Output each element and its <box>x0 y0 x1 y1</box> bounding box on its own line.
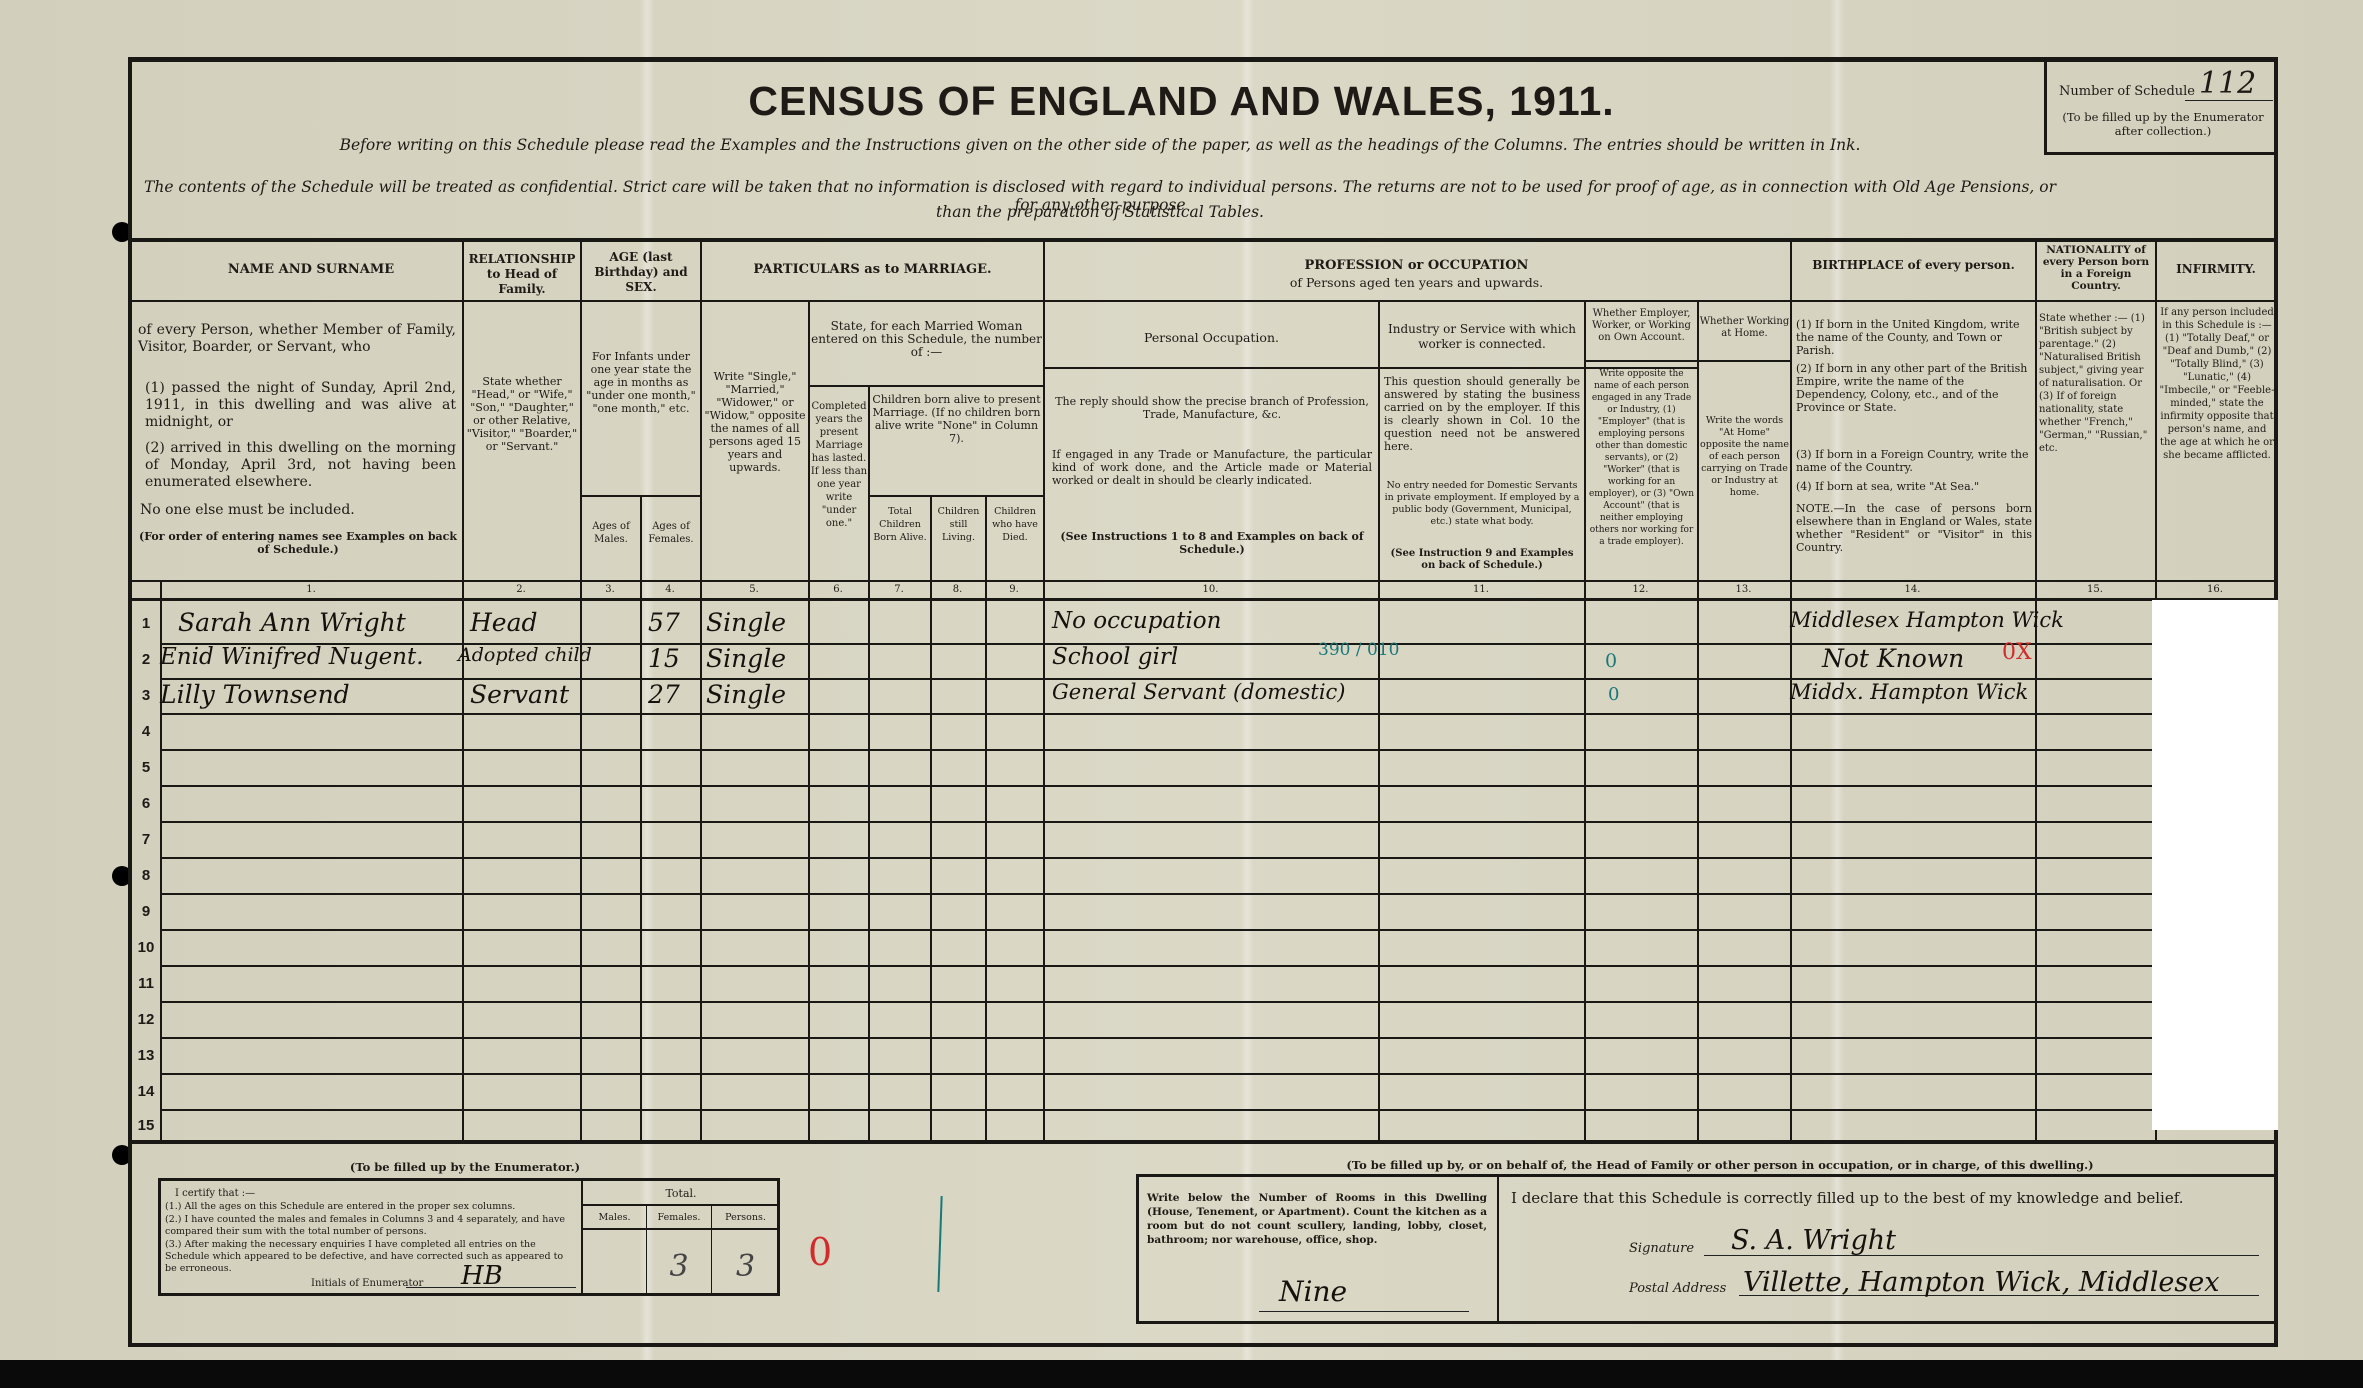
marriage-write-desc: Write "Single," "Married," "Widower," or… <box>704 370 806 474</box>
row-number: 9 <box>134 903 158 920</box>
birthplace-note: NOTE.—In the case of persons born elsewh… <box>1796 502 2032 554</box>
infirmity-desc: If any person included in this Schedule … <box>2159 306 2275 462</box>
children-total-label: Total Children Born Alive. <box>870 505 930 544</box>
col-line <box>462 238 464 1140</box>
red-tally-mark: 0 <box>808 1230 832 1274</box>
signature-value: S. A. Wright <box>1731 1225 1896 1256</box>
row-rule <box>160 821 2278 823</box>
heading-nationality: NATIONALITY of every Person born in a Fo… <box>2037 244 2155 292</box>
initials-label: Initials of Enumerator <box>311 1277 423 1291</box>
colnum-rule-top <box>128 580 2278 582</box>
name-desc-4: No one else must be included. <box>140 503 400 518</box>
row-rule <box>160 713 2278 715</box>
row-number: 13 <box>134 1047 158 1064</box>
birthplace-desc-4: (4) If born at sea, write "At Sea." <box>1796 480 2032 493</box>
relationship-desc: State whether "Head," or "Wife," "Son," … <box>466 375 578 453</box>
heading-occupation: PROFESSION or OCCUPATION <box>1043 258 1790 273</box>
age-males-label: Ages of Males. <box>582 520 640 546</box>
colnum-8: 8. <box>930 584 985 595</box>
females-total: 3 <box>647 1249 711 1284</box>
heading-name: NAME AND SURNAME <box>160 262 462 277</box>
name-desc-2: (1) passed the night of Sunday, April 2n… <box>145 380 456 431</box>
colnum-1: 1. <box>160 584 462 595</box>
males-label: Males. <box>583 1211 646 1225</box>
row-3-name: Lilly Townsend <box>160 680 350 709</box>
colnum-6: 6. <box>808 584 868 595</box>
row-number: 4 <box>134 723 158 740</box>
col-line <box>1043 238 1045 1140</box>
industry-desc-3: (See Instruction 9 and Examples on back … <box>1384 548 1580 572</box>
colnum-13: 13. <box>1697 584 1790 595</box>
personal-occupation-label: Personal Occupation. <box>1045 330 1378 345</box>
row-3-relationship: Servant <box>470 680 569 709</box>
personal-occupation-desc-1: The reply should show the precise branch… <box>1052 395 1372 421</box>
industry-label: Industry or Service with which worker is… <box>1380 322 1584 352</box>
row-2-occupation: School girl <box>1052 644 1178 670</box>
subheader-rule <box>580 495 700 497</box>
row-1-birthplace: Middlesex Hampton Wick <box>1790 608 2064 632</box>
age-desc: For Infants under one year state the age… <box>584 350 698 415</box>
row-rule <box>160 929 2278 931</box>
employer-label: Whether Employer, Worker, or Working on … <box>1586 308 1697 344</box>
children-living-label: Children still Living. <box>932 505 985 544</box>
row-number: 14 <box>134 1083 158 1100</box>
row-rule <box>160 893 2278 895</box>
row-rule <box>160 749 2278 751</box>
table-bottom-rule <box>128 1140 2278 1144</box>
home-label: Whether Working at Home. <box>1699 316 1790 340</box>
row-2-occupation-code: 390 / 010 <box>1318 640 1399 660</box>
certify-item-3: (3.) After making the necessary enquirie… <box>165 1239 575 1275</box>
row-number: 10 <box>134 939 158 956</box>
col-line <box>700 238 702 1140</box>
row-rule <box>160 1001 2278 1003</box>
colnum-12: 12. <box>1584 584 1697 595</box>
schedule-number-label: Number of Schedule <box>2059 84 2195 99</box>
industry-desc-1: This question should generally be answer… <box>1384 375 1580 453</box>
row-rule <box>160 857 2278 859</box>
row-3-occupation: General Servant (domestic) <box>1052 680 1346 704</box>
box-divider <box>583 1204 779 1206</box>
colnum-3: 3. <box>580 584 640 595</box>
row-2-check-mark: 0X <box>2002 640 2032 665</box>
row-2-name: Enid Winifred Nugent. <box>160 644 424 670</box>
instruction-line: Before writing on this Schedule please r… <box>140 136 2060 154</box>
females-label: Females. <box>647 1211 711 1225</box>
enumerator-initials: HB <box>461 1261 503 1291</box>
name-desc-1: of every Person, whether Member of Famil… <box>138 322 456 356</box>
col-line <box>1378 300 1380 1140</box>
row-1-age-female: 57 <box>648 608 680 637</box>
certify-label: I certify that :— <box>175 1187 255 1201</box>
colnum-5: 5. <box>700 584 808 595</box>
col-line <box>868 385 870 1140</box>
row-number: 8 <box>134 867 158 884</box>
row-2-birthplace: Not Known <box>1822 644 1964 673</box>
row-number: 6 <box>134 795 158 812</box>
row-number: 12 <box>134 1011 158 1028</box>
colnum-rule-bottom <box>128 598 2278 601</box>
colnum-16: 16. <box>2155 584 2275 595</box>
row-rule <box>160 1037 2278 1039</box>
document-title: CENSUS OF ENGLAND AND WALES, 1911. <box>0 78 2363 125</box>
birthplace-desc-3: (3) If born in a Foreign Country, write … <box>1796 448 2032 474</box>
row-number: 15 <box>134 1117 158 1134</box>
heading-birthplace: BIRTHPLACE of every person. <box>1792 258 2035 273</box>
industry-desc-2: No entry needed for Domestic Servants in… <box>1384 480 1580 528</box>
row-number: 5 <box>134 759 158 776</box>
nationality-desc: State whether :— (1) "British subject by… <box>2039 312 2153 455</box>
heading-relationship: RELATIONSHIP to Head of Family. <box>464 252 580 297</box>
signature-label: Signature <box>1629 1241 1694 1256</box>
householder-box: Write below the Number of Rooms in this … <box>1136 1174 2278 1324</box>
colnum-11: 11. <box>1378 584 1584 595</box>
row-rule <box>160 785 2278 787</box>
header-divider <box>128 300 2278 302</box>
marriage-years-desc: Completed years the present Marriage has… <box>810 400 868 530</box>
table-top-rule <box>128 238 2278 242</box>
certify-item-2: (2.) I have counted the males and female… <box>165 1214 575 1238</box>
row-2-marriage: Single <box>706 644 786 673</box>
box-divider <box>583 1228 779 1230</box>
rooms-count: Nine <box>1279 1275 1347 1308</box>
married-woman-desc: State, for each Married Woman entered on… <box>810 320 1043 359</box>
heading-age: AGE (last Birthday) and SEX. <box>582 250 700 295</box>
row-1-marriage: Single <box>706 608 786 637</box>
box-divider <box>1497 1177 1499 1321</box>
subheader-rule <box>868 495 1043 497</box>
schedule-number-box: Number of Schedule 112 (To be filled up … <box>2044 60 2275 155</box>
name-desc-3: (2) arrived in this dwelling on the morn… <box>145 440 456 491</box>
row-rule <box>160 1073 2278 1075</box>
row-3-age-female: 27 <box>648 680 680 709</box>
confidential-line-2: than the preparation of Statistical Tabl… <box>140 203 2060 221</box>
colnum-10: 10. <box>1043 584 1378 595</box>
certify-item-1: (1.) All the ages on this Schedule are e… <box>165 1201 575 1213</box>
personal-occupation-desc-2: If engaged in any Trade or Manufacture, … <box>1052 448 1372 487</box>
row-rule <box>160 965 2278 967</box>
personal-occupation-desc-3: (See Instructions 1 to 8 and Examples on… <box>1052 530 1372 556</box>
children-desc: Children born alive to present Marriage.… <box>870 393 1043 445</box>
subheader-rule <box>1584 360 1790 362</box>
colnum-4: 4. <box>640 584 700 595</box>
colnum-7: 7. <box>868 584 930 595</box>
declaration-text: I declare that this Schedule is correctl… <box>1511 1189 2184 1207</box>
colnum-14: 14. <box>1790 584 2035 595</box>
row-3-employer-mark: 0 <box>1608 684 1619 705</box>
persons-label: Persons. <box>712 1211 779 1225</box>
persons-total: 3 <box>712 1249 779 1284</box>
row-3-marriage: Single <box>706 680 786 709</box>
heading-infirmity: INFIRMITY. <box>2157 262 2275 277</box>
row-number: 3 <box>134 687 158 704</box>
name-desc-5: (For order of entering names see Example… <box>138 530 458 556</box>
age-females-label: Ages of Females. <box>642 520 700 546</box>
occupation-subheading: of Persons aged ten years and upwards. <box>1043 275 1790 290</box>
col-line <box>2035 238 2037 1140</box>
row-2-employer-mark: 0 <box>1605 650 1617 672</box>
row-number: 1 <box>134 615 158 632</box>
colnum-2: 2. <box>462 584 580 595</box>
heading-marriage: PARTICULARS as to MARRIAGE. <box>702 262 1043 277</box>
children-died-label: Children who have Died. <box>987 505 1043 544</box>
schedule-number-note: (To be filled up by the Enumerator after… <box>2053 110 2273 138</box>
row-1-relationship: Head <box>470 608 538 637</box>
colnum-15: 15. <box>2035 584 2155 595</box>
row-1-occupation: No occupation <box>1052 608 1221 634</box>
birthplace-desc-1: (1) If born in the United Kingdom, write… <box>1796 318 2032 357</box>
colnum-9: 9. <box>985 584 1043 595</box>
employer-desc: Write opposite the name of each person e… <box>1586 368 1697 548</box>
householder-heading: (To be filled up by, or on behalf of, th… <box>1160 1158 2280 1173</box>
birthplace-desc-2: (2) If born in any other part of the Bri… <box>1796 362 2032 414</box>
col-line <box>580 238 582 1140</box>
home-desc: Write the words "At Home" opposite the n… <box>1699 415 1790 499</box>
row-rule <box>160 1109 2278 1111</box>
schedule-number: 112 <box>2199 66 2256 101</box>
row-3-birthplace: Middx. Hampton Wick <box>1790 680 2028 704</box>
row-number: 11 <box>134 975 158 992</box>
total-label: Total. <box>583 1187 779 1201</box>
row-2-relationship: Adopted child <box>458 644 592 666</box>
rooms-line <box>1259 1311 1469 1312</box>
enumerator-heading: (To be filled up by the Enumerator.) <box>300 1160 630 1175</box>
row-number: 2 <box>134 651 158 668</box>
row-1-name: Sarah Ann Wright <box>178 608 406 637</box>
row-number: 7 <box>134 831 158 848</box>
postal-address-label: Postal Address <box>1629 1281 1726 1296</box>
row-2-age-female: 15 <box>648 644 680 673</box>
subheader-rule <box>808 385 1043 387</box>
redacted-area <box>2152 600 2278 1130</box>
postal-address-value: Villette, Hampton Wick, Middlesex <box>1743 1267 2219 1298</box>
census-schedule-page: CENSUS OF ENGLAND AND WALES, 1911. Befor… <box>0 0 2363 1360</box>
enumerator-box: I certify that :— (1.) All the ages on t… <box>158 1178 780 1296</box>
rooms-instruction: Write below the Number of Rooms in this … <box>1147 1191 1487 1247</box>
